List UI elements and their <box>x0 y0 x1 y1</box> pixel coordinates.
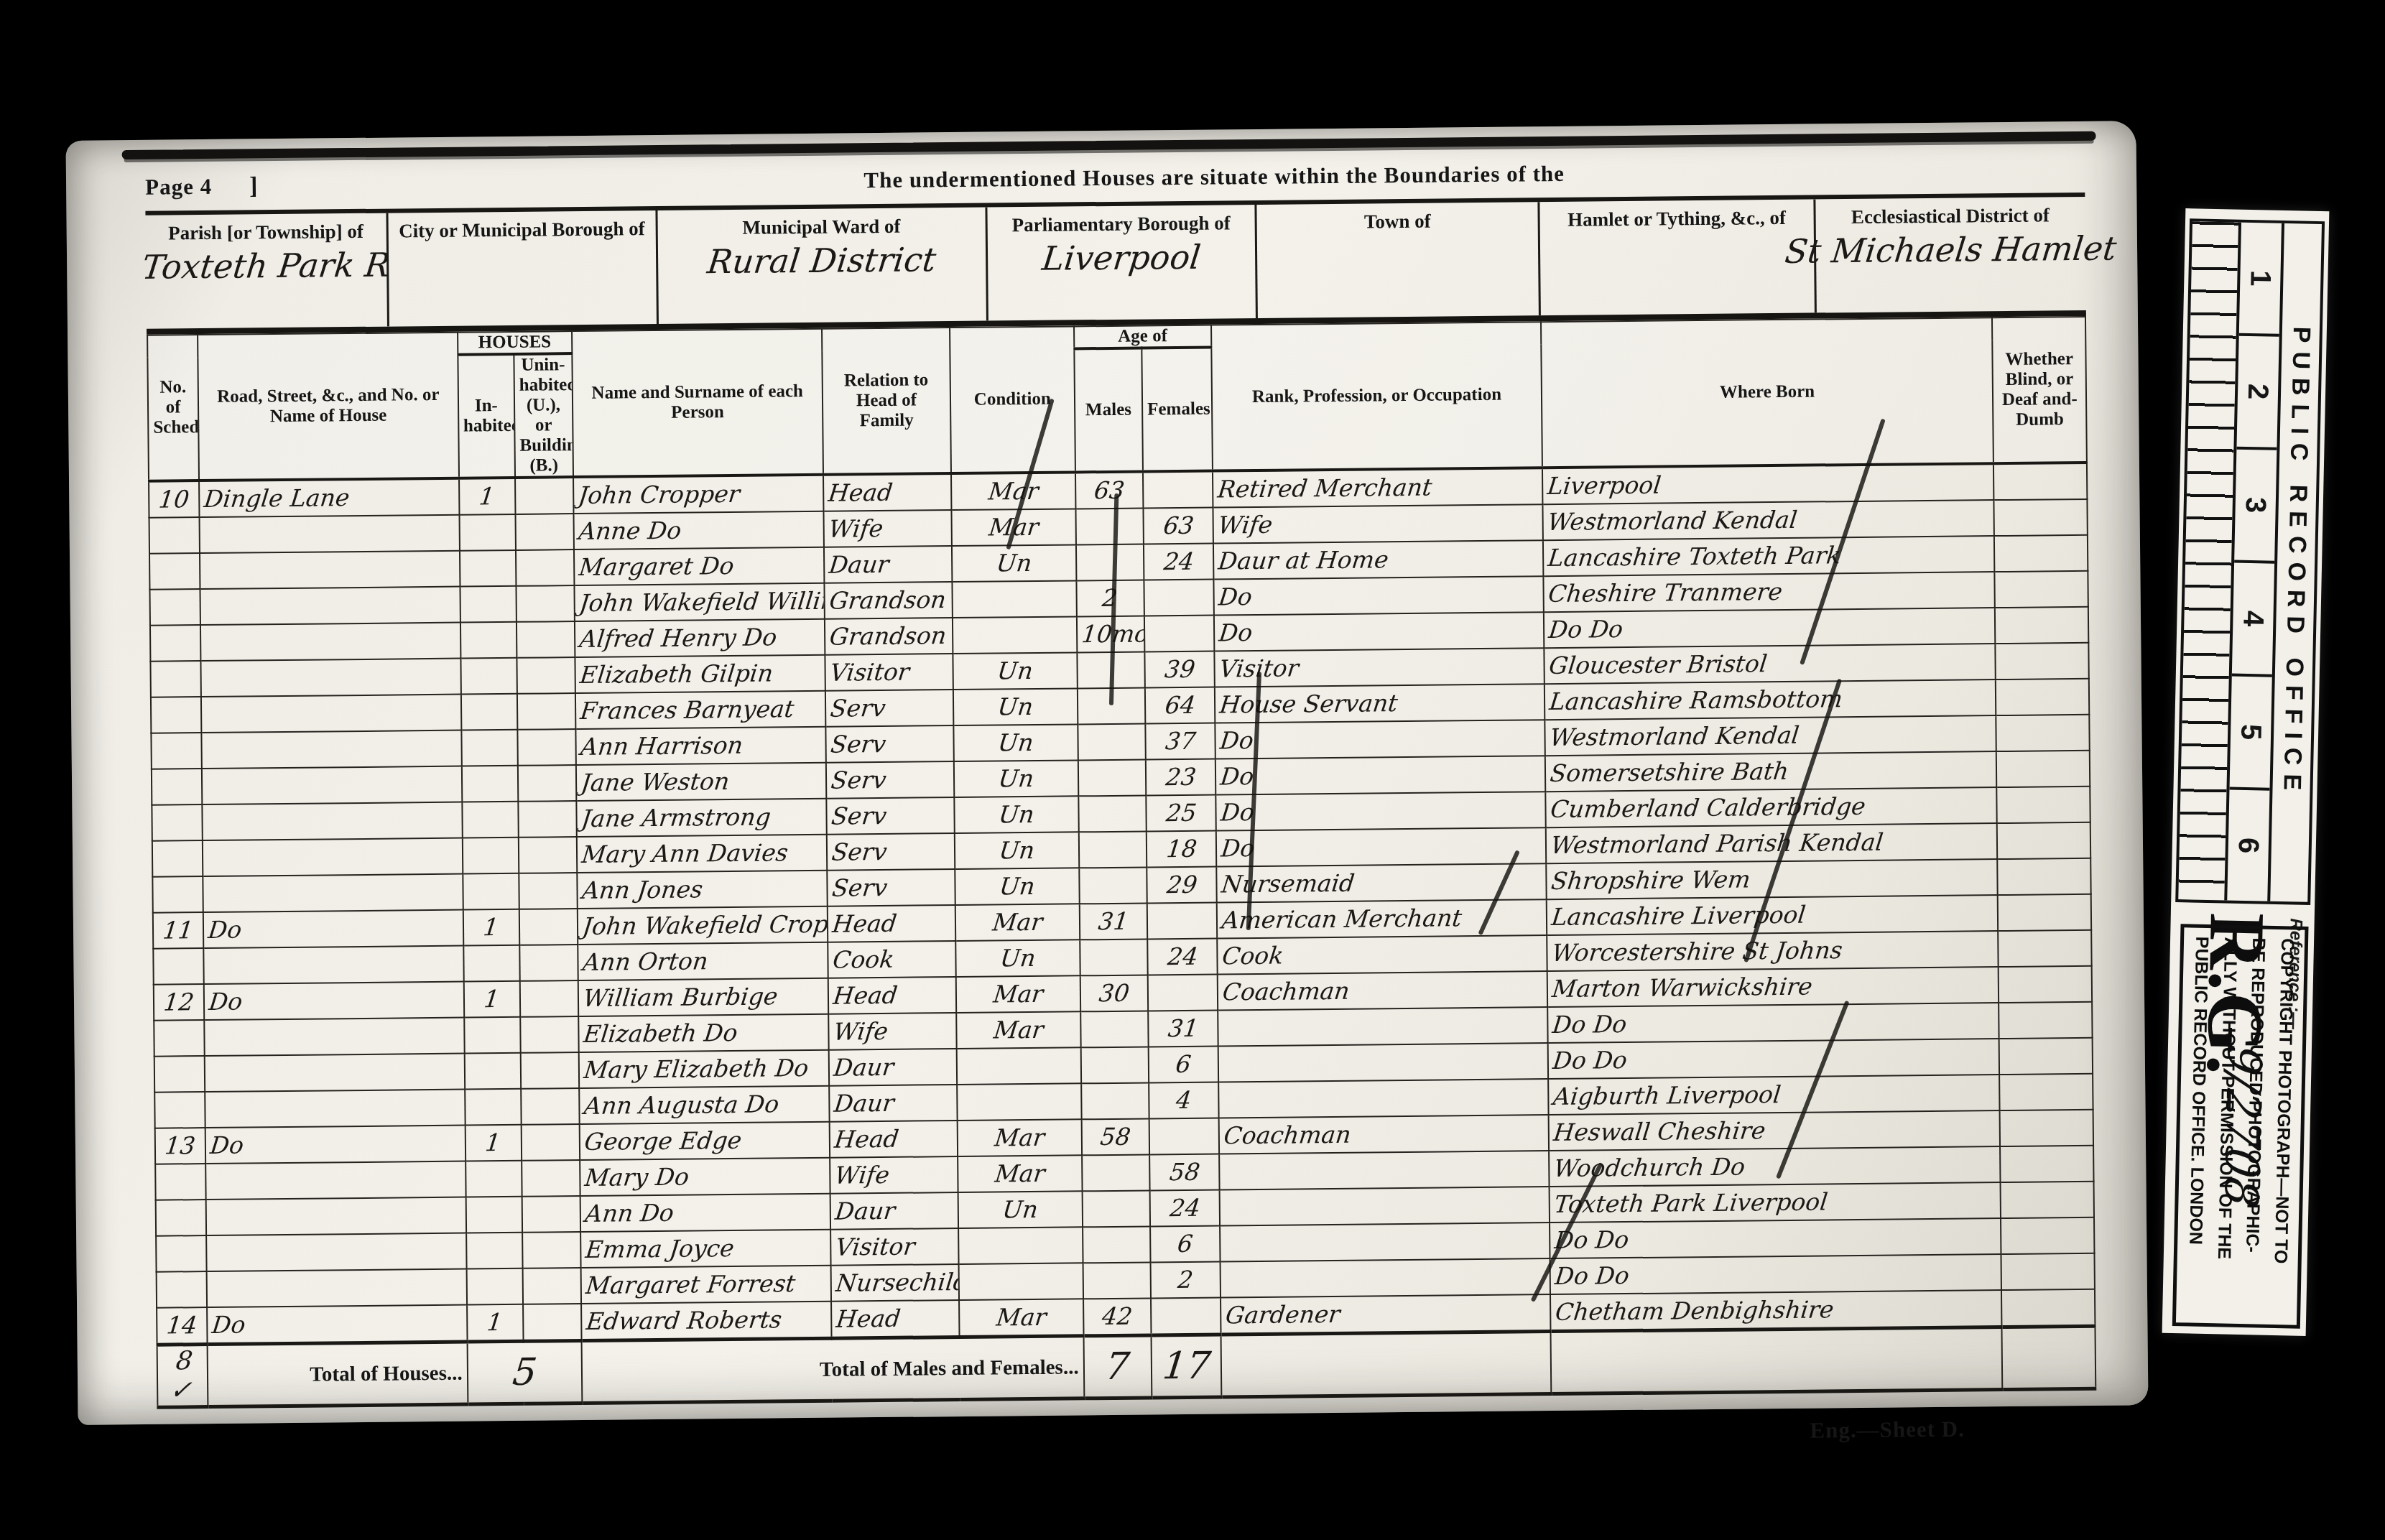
copyright-line: COPYRIGHT PHOTOGRAPH—NOT TO <box>2269 938 2297 1316</box>
cell-schedule <box>157 1271 208 1308</box>
cell-name: John Wakefield Cropper <box>578 906 828 945</box>
cell-schedule <box>154 1056 205 1093</box>
cell-age-f: 23 <box>1146 759 1216 796</box>
cell-name: Anne Do <box>573 511 823 549</box>
cell-infirm <box>1998 858 2091 895</box>
cell-name: John Wakefield Willink <box>574 583 824 621</box>
admin-label: City or Municipal Borough of <box>399 218 645 242</box>
cell-infirm <box>1996 643 2089 679</box>
cell-inhabited: 1 <box>463 909 519 946</box>
cell-road <box>202 730 462 769</box>
page-number: Page 4 <box>145 174 212 200</box>
census-table-body: 10Dingle Lane1John CropperHeadMar63Retir… <box>149 463 2095 1345</box>
cell-schedule <box>151 697 202 733</box>
census-table: No. of Schedule Road, Street, &c., and N… <box>147 316 2096 1409</box>
cell-schedule <box>154 1020 205 1057</box>
cell-schedule <box>152 876 203 913</box>
cell-condition: Mar <box>956 975 1080 1013</box>
cell-age-f <box>1143 471 1213 509</box>
cell-inhabited <box>460 622 517 659</box>
cell-road: Dingle Lane <box>199 478 459 517</box>
cell-condition: Mar <box>958 1155 1082 1192</box>
cell-age-f <box>1144 580 1214 616</box>
cell-condition <box>957 1047 1081 1085</box>
cell-road <box>203 838 463 876</box>
cell-schedule <box>150 625 201 662</box>
total-males-value: 7 <box>1103 1345 1132 1388</box>
cell-relation: Grandson <box>824 582 953 619</box>
census-page: Page 4 ] The undermentioned Houses are s… <box>65 121 2148 1425</box>
copyright-line: BE REPRODUCED PHOTOGRAPHIC- <box>2241 937 2269 1315</box>
cell-name: Elizabeth Do <box>578 1014 828 1052</box>
cell-condition: Un <box>954 760 1078 797</box>
cell-infirm <box>1999 1038 2093 1075</box>
cell-inhabited: 1 <box>467 1304 524 1342</box>
cell-infirm <box>1995 607 2088 644</box>
admin-box-city: City or Municipal Borough of <box>388 210 659 327</box>
page-title: The undermentioned Houses are situate wi… <box>257 156 2085 199</box>
cell-condition: Un <box>952 544 1076 582</box>
cell-name: Ann Orton <box>578 942 828 980</box>
cell-infirm <box>1996 751 2090 787</box>
cell-road <box>207 1269 467 1307</box>
cell-road <box>206 1197 466 1235</box>
cell-born: Cheshire Tranmere <box>1543 572 1995 612</box>
cell-age-m <box>1083 1226 1151 1263</box>
cell-condition: Un <box>953 688 1078 725</box>
cell-road <box>203 946 463 984</box>
cell-relation: Wife <box>828 1013 957 1050</box>
cell-born: Worcestershire St Johns <box>1547 931 1999 971</box>
cell-name: Edward Roberts <box>581 1302 832 1341</box>
cell-age-m <box>1082 1190 1150 1227</box>
ruler-number: 4 <box>2232 563 2274 677</box>
cell-road: Do <box>203 910 463 948</box>
cell-schedule <box>150 661 201 697</box>
col-header-infirm: Whether Blind, or Deaf and-Dumb <box>1992 317 2087 463</box>
cell-relation: Serv <box>826 761 955 799</box>
cell-age-m <box>1080 939 1148 975</box>
cell-uninhabited <box>517 693 575 730</box>
cell-age-f: 6 <box>1149 1047 1219 1083</box>
cell-road <box>203 874 463 912</box>
cell-uninhabited <box>520 980 578 1017</box>
cell-uninhabited <box>515 514 573 550</box>
cell-uninhabited <box>516 585 574 622</box>
cell-uninhabited <box>518 801 576 838</box>
cell-condition: Mar <box>951 472 1075 510</box>
cell-inhabited: 1 <box>459 478 516 515</box>
cell-condition: Un <box>953 652 1077 690</box>
cell-inhabited <box>459 514 516 551</box>
cell-uninhabited <box>519 909 578 945</box>
cell-age-m <box>1078 723 1146 760</box>
copyright-line: PUBLIC RECORD OFFICE. LONDON <box>2183 936 2212 1314</box>
cell-age-f: 29 <box>1147 867 1217 904</box>
cell-infirm <box>2000 1110 2093 1146</box>
cell-name: Mary Elizabeth Do <box>579 1050 829 1088</box>
cell-road <box>203 802 463 840</box>
cell-inhabited <box>463 873 519 910</box>
cell-condition: Un <box>955 940 1080 977</box>
cell-name: Margaret Do <box>574 547 824 585</box>
cell-age-m <box>1081 1082 1149 1119</box>
cell-condition: Un <box>958 1191 1083 1228</box>
ruler-number: 3 <box>2234 450 2277 564</box>
cell-age-m <box>1075 508 1144 544</box>
col-header-schedule: No. of Schedule <box>147 335 199 481</box>
total-females-value: 17 <box>1160 1345 1213 1388</box>
cell-inhabited <box>464 1053 521 1090</box>
admin-box-hamlet: Hamlet or Tything, &c., of <box>1540 199 1817 315</box>
cell-age-f: 24 <box>1150 1190 1221 1227</box>
cell-occupation: Daur at Home <box>1213 540 1543 579</box>
pro-reference-strip: PUBLIC RECORD OFFICE 123456 Reference :—… <box>2162 208 2330 1336</box>
cell-age-m <box>1078 759 1146 796</box>
cell-age-m: 58 <box>1081 1118 1149 1155</box>
cell-infirm <box>2001 1253 2095 1290</box>
cell-occupation <box>1219 1151 1549 1189</box>
cell-relation: Wife <box>830 1156 958 1194</box>
cell-age-f: 37 <box>1145 723 1215 760</box>
cell-age-m <box>1080 1011 1149 1047</box>
cell-age-m: 42 <box>1083 1298 1152 1335</box>
col-header-age-group: Age of <box>1074 325 1212 349</box>
cell-schedule: 14 <box>157 1307 208 1345</box>
admin-label: Parish [or Township] of <box>168 221 363 245</box>
cell-age-m <box>1078 795 1147 832</box>
cell-occupation: Do <box>1215 792 1545 830</box>
total-houses-label: Total of Houses... <box>310 1361 463 1386</box>
cell-born: Toxteth Park Liverpool <box>1549 1182 2001 1223</box>
cell-road: Do <box>204 982 464 1020</box>
cell-born: Do Do <box>1550 1254 2001 1294</box>
cell-occupation: American Merchant <box>1217 899 1547 938</box>
cell-inhabited <box>460 658 517 695</box>
cell-schedule <box>149 553 200 590</box>
cell-inhabited <box>461 694 518 730</box>
cell-born: Do Do <box>1547 1003 1999 1043</box>
cell-name: Ann Harrison <box>575 727 825 765</box>
cell-inhabited <box>466 1233 523 1269</box>
cell-name: Emma Joyce <box>580 1230 830 1268</box>
cell-inhabited: 1 <box>463 981 520 1018</box>
cell-road: Do <box>205 1126 466 1164</box>
admin-label: Municipal Ward of <box>742 215 900 239</box>
admin-box-ecclesiastical: Ecclesiastical District of St Michaels H… <box>1815 197 2086 313</box>
cell-name: Jane Weston <box>576 763 826 801</box>
admin-box-parliamentary: Parliamentary Borough of Liverpool <box>987 205 1258 321</box>
cell-name: Ann Augusta Do <box>579 1086 829 1124</box>
cell-name: Ann Do <box>580 1194 830 1232</box>
census-table-header: No. of Schedule Road, Street, &c., and N… <box>147 317 2087 481</box>
cell-relation: Serv <box>825 725 954 763</box>
cell-relation: Grandson <box>825 618 953 655</box>
cell-age-f: 6 <box>1150 1226 1221 1263</box>
cell-uninhabited <box>517 621 575 658</box>
col-header-condition: Condition <box>950 326 1075 473</box>
cell-uninhabited <box>516 549 574 586</box>
cell-age-f: 39 <box>1144 651 1215 688</box>
cell-age-f: 25 <box>1146 795 1216 832</box>
admin-value-handwritten: Liverpool <box>1040 238 1203 278</box>
cell-relation: Head <box>823 473 952 511</box>
ruler-number: 5 <box>2229 677 2271 791</box>
cell-age-m <box>1082 1154 1150 1191</box>
cell-uninhabited <box>522 1268 580 1304</box>
cell-road <box>200 515 460 553</box>
col-header-houses-group: HOUSES <box>458 331 572 355</box>
cell-inhabited <box>461 730 518 766</box>
cell-age-f: 63 <box>1143 508 1213 544</box>
cell-schedule <box>149 589 200 626</box>
cell-born: Aigburth Liverpool <box>1548 1075 2000 1115</box>
cell-infirm <box>1995 571 2088 608</box>
cell-name: Alfred Henry Do <box>575 619 825 657</box>
cell-name: William Burbige <box>578 978 828 1016</box>
cell-age-m <box>1080 1047 1149 1083</box>
cell-born: Marton Warwickshire <box>1547 967 1999 1007</box>
cell-born: Liverpool <box>1542 463 1994 504</box>
cell-infirm <box>2001 1217 2094 1254</box>
cell-road <box>202 766 462 804</box>
cell-condition: Mar <box>959 1299 1083 1337</box>
cell-relation: Daur <box>829 1049 958 1086</box>
col-header-inhabited: In-habited <box>458 354 515 478</box>
admin-label: Hamlet or Tything, &c., of <box>1567 207 1786 231</box>
cell-uninhabited <box>522 1196 580 1233</box>
cell-inhabited <box>466 1161 522 1197</box>
cell-name: Ann Jones <box>577 871 827 909</box>
cell-uninhabited <box>521 1052 579 1089</box>
cell-road <box>206 1233 466 1271</box>
total-persons-label: Total of Males and Females... <box>820 1355 1079 1381</box>
cell-occupation: Gardener <box>1221 1294 1550 1335</box>
cell-inhabited <box>464 1017 521 1054</box>
cell-condition <box>958 1263 1083 1300</box>
cell-road <box>200 623 460 661</box>
cell-relation: Nursechild <box>830 1264 959 1302</box>
cell-uninhabited <box>519 873 577 909</box>
cell-occupation <box>1220 1187 1550 1225</box>
cell-uninhabited <box>519 837 577 873</box>
cell-name: Mary Do <box>580 1158 830 1196</box>
cell-schedule <box>156 1235 207 1272</box>
cell-born: Gloucester Bristol <box>1544 644 1996 684</box>
cell-name: Elizabeth Gilpin <box>575 655 825 693</box>
ruler: PUBLIC RECORD OFFICE 123456 <box>2175 218 2325 905</box>
cell-occupation <box>1220 1223 1550 1261</box>
cell-schedule <box>152 769 203 805</box>
admin-box-parish: Parish [or Township] of Toxteth Park R <box>145 213 389 329</box>
admin-label: Ecclesiastical District of <box>1851 204 2050 228</box>
cell-occupation: Coachman <box>1219 1115 1549 1154</box>
cell-infirm <box>1998 894 2091 931</box>
cell-infirm <box>1996 715 2090 751</box>
cell-relation: Daur <box>829 1085 958 1122</box>
cell-uninhabited <box>517 729 575 766</box>
cell-relation: Daur <box>824 546 953 583</box>
cell-condition: Un <box>955 868 1079 905</box>
cell-uninhabited <box>522 1232 580 1268</box>
col-header-relation: Relation to Head of Family <box>822 328 951 475</box>
cell-condition: Mar <box>955 904 1080 941</box>
cell-relation: Cook <box>828 941 956 978</box>
admin-header-row: Parish [or Township] of Toxteth Park R C… <box>145 197 2085 335</box>
cell-road <box>205 1054 465 1092</box>
cell-condition: Mar <box>956 1011 1080 1049</box>
cell-age-f: 58 <box>1149 1154 1220 1191</box>
col-header-uninhabited: Unin-habited (U.), or Building (B.) <box>514 353 573 478</box>
cell-occupation <box>1218 1043 1548 1082</box>
page-bracket: ] <box>249 172 258 200</box>
pro-reference-strip-content: PUBLIC RECORD OFFICE 123456 Reference :—… <box>2162 208 2330 1336</box>
cell-occupation: Do <box>1215 756 1545 794</box>
cell-road <box>201 659 461 697</box>
admin-value-handwritten: St Michaels Hamlet <box>1783 228 2118 270</box>
cell-infirm <box>1994 499 2088 536</box>
cell-road <box>201 695 461 733</box>
cell-born: Lancashire Liverpool <box>1547 895 1999 935</box>
cell-condition <box>952 580 1076 618</box>
cell-condition: Un <box>953 724 1078 761</box>
cell-uninhabited <box>517 657 575 694</box>
cell-born: Lancashire Ramsbottom <box>1545 679 1996 720</box>
cell-inhabited <box>460 550 517 587</box>
cell-name: Jane Armstrong <box>576 799 826 837</box>
cell-age-f <box>1151 1298 1221 1335</box>
cell-relation: Serv <box>826 797 955 835</box>
cell-occupation <box>1218 1079 1548 1118</box>
cell-age-f <box>1148 975 1218 1011</box>
admin-box-ward: Municipal Ward of Rural District <box>657 208 988 324</box>
cell-born: Do Do <box>1547 1039 1999 1079</box>
cell-born: Lancashire Toxteth Park <box>1543 536 1995 576</box>
cell-occupation <box>1218 1007 1547 1046</box>
cell-inhabited <box>465 1089 522 1126</box>
cell-relation: Head <box>828 905 956 942</box>
cell-condition <box>958 1227 1083 1264</box>
cell-name: Margaret Forrest <box>580 1266 830 1304</box>
cell-occupation: Retired Merchant <box>1213 468 1542 507</box>
cell-infirm <box>1996 679 2089 715</box>
cell-uninhabited <box>523 1304 581 1341</box>
cell-uninhabited <box>521 1088 579 1125</box>
cell-schedule <box>156 1200 207 1236</box>
admin-box-town: Town of <box>1257 202 1542 318</box>
cell-inhabited <box>463 838 519 874</box>
col-header-males: Males <box>1074 348 1143 473</box>
cell-infirm <box>1994 535 2088 572</box>
cell-age-m <box>1079 867 1147 904</box>
cell-born: Cumberland Calderbridge <box>1545 787 1997 827</box>
cell-schedule <box>153 948 204 985</box>
cell-infirm <box>1999 930 2092 967</box>
col-header-road: Road, Street, &c., and No. or Name of Ho… <box>198 333 458 481</box>
cell-age-f: 24 <box>1147 939 1218 975</box>
cell-born: Heswall Cheshire <box>1548 1110 2000 1151</box>
cell-uninhabited <box>518 765 576 802</box>
col-header-females: Females <box>1141 348 1213 472</box>
cell-relation: Head <box>831 1300 960 1338</box>
cell-born: Do Do <box>1544 608 1996 648</box>
cell-relation: Serv <box>827 833 955 871</box>
cell-schedule <box>152 804 203 841</box>
cell-name: Mary Ann Davies <box>577 835 827 873</box>
cell-born: Do Do <box>1550 1218 2001 1258</box>
cell-age-f: 24 <box>1144 544 1214 580</box>
cell-name: George Edge <box>580 1122 830 1160</box>
admin-value-handwritten: Rural District <box>705 240 938 281</box>
cell-relation: Head <box>830 1121 958 1158</box>
cell-inhabited <box>463 945 520 982</box>
cell-age-f: 2 <box>1151 1262 1221 1299</box>
cell-schedule: 12 <box>154 984 205 1021</box>
cell-infirm <box>1993 463 2087 500</box>
cell-uninhabited <box>522 1160 580 1197</box>
cell-occupation <box>1221 1258 1550 1297</box>
cell-uninhabited <box>520 1016 578 1053</box>
col-header-born: Where Born <box>1541 317 1994 468</box>
cell-road: Do <box>207 1305 467 1345</box>
cell-schedule <box>154 1092 205 1128</box>
ruler-number: 6 <box>2227 790 2269 901</box>
cell-relation: Head <box>828 977 957 1014</box>
admin-label: Town of <box>1364 210 1431 233</box>
cell-road <box>200 551 460 589</box>
col-header-name: Name and Surname of each Person <box>572 329 823 477</box>
cell-name: Frances Barnyeat <box>575 691 825 729</box>
cell-age-m <box>1078 831 1147 868</box>
cell-inhabited <box>466 1197 522 1233</box>
cell-name: John Cropper <box>573 475 824 514</box>
cell-relation: Daur <box>830 1192 958 1230</box>
cell-condition: Mar <box>958 1119 1082 1156</box>
total-houses-value: 5 <box>510 1351 539 1394</box>
cell-relation: Wife <box>823 510 952 547</box>
cell-occupation: Do <box>1214 576 1544 615</box>
col-header-occupation: Rank, Profession, or Occupation <box>1211 322 1542 470</box>
cell-age-m: 31 <box>1079 903 1147 940</box>
cell-infirm <box>2000 1074 2093 1110</box>
cell-age-f: 4 <box>1149 1082 1219 1119</box>
cell-uninhabited <box>522 1124 580 1161</box>
cell-age-m <box>1076 544 1144 580</box>
cell-born: Woodchurch Do <box>1549 1146 2001 1187</box>
cell-uninhabited <box>519 945 578 981</box>
cell-uninhabited <box>515 477 573 514</box>
cell-occupation: Wife <box>1213 504 1543 543</box>
cell-condition <box>957 1083 1081 1121</box>
cell-age-f <box>1147 903 1218 940</box>
cell-inhabited <box>460 586 517 623</box>
cell-infirm <box>2001 1182 2094 1218</box>
cell-condition: Un <box>955 832 1079 869</box>
cell-born: Westmorland Kendal <box>1545 715 1996 756</box>
cell-relation: Serv <box>825 690 954 727</box>
cell-occupation: Coachman <box>1218 971 1547 1010</box>
cell-condition <box>953 616 1077 654</box>
cell-schedule <box>155 1164 206 1200</box>
cell-road <box>205 1161 466 1200</box>
cell-age-f <box>1149 1118 1220 1155</box>
cell-age-m <box>1083 1262 1151 1299</box>
cell-born: Chetham Denbighshire <box>1550 1290 2002 1332</box>
cell-occupation: Do <box>1215 720 1545 759</box>
cell-infirm <box>1999 966 2092 1003</box>
cell-age-m: 63 <box>1075 472 1144 509</box>
cell-condition: Un <box>954 796 1078 833</box>
